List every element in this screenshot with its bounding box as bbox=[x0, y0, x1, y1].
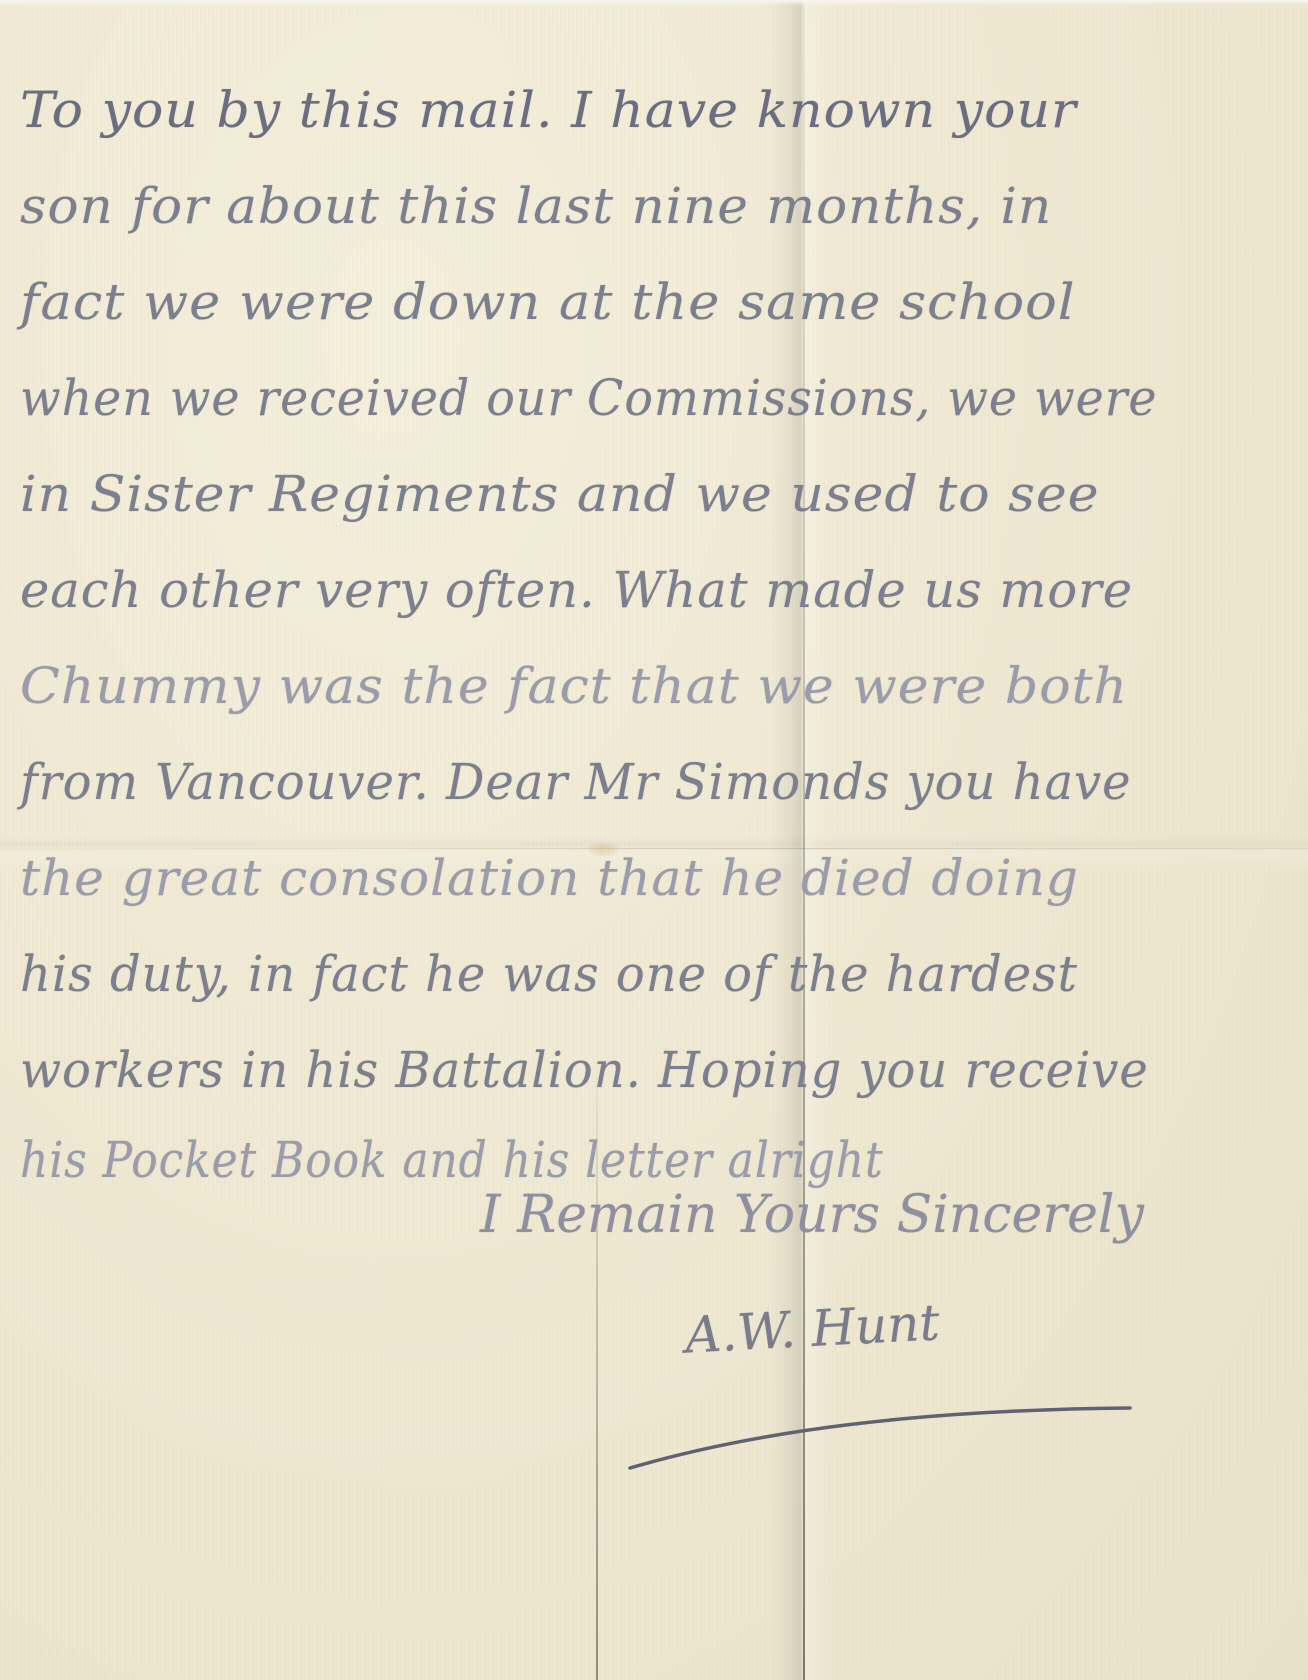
letter-body: To you by this mail. I have known your s… bbox=[20, 62, 1250, 1214]
letter-line-10: his duty, in fact he was one of the hard… bbox=[20, 926, 1201, 1022]
signature-underline-flourish bbox=[620, 1390, 1140, 1480]
letter-line-5: in Sister Regiments and we used to see bbox=[20, 446, 1299, 542]
letter-signature: A.W. Hunt bbox=[684, 1293, 941, 1364]
letter-line-4: when we received our Commissions, we wer… bbox=[20, 350, 1189, 446]
letter-line-1: To you by this mail. I have known your bbox=[20, 62, 1299, 158]
letter-line-3: fact we were down at the same school bbox=[20, 254, 1308, 350]
letter-line-11: workers in his Battalion. Hoping you rec… bbox=[20, 1022, 1201, 1118]
paper-top-edge bbox=[0, 0, 1308, 6]
letter-line-7: Chummy was the fact that we were both bbox=[20, 638, 1299, 734]
letter-page: To you by this mail. I have known your s… bbox=[0, 0, 1308, 1680]
letter-line-6: each other very often. What made us more bbox=[20, 542, 1238, 638]
letter-line-9: the great consolation that he died doing bbox=[20, 830, 1250, 926]
letter-line-8: from Vancouver. Dear Mr Simonds you have bbox=[20, 734, 1201, 830]
letter-line-2: son for about this last nine months, in bbox=[20, 158, 1287, 254]
letter-closing: I Remain Yours Sincerely bbox=[480, 1185, 1144, 1245]
